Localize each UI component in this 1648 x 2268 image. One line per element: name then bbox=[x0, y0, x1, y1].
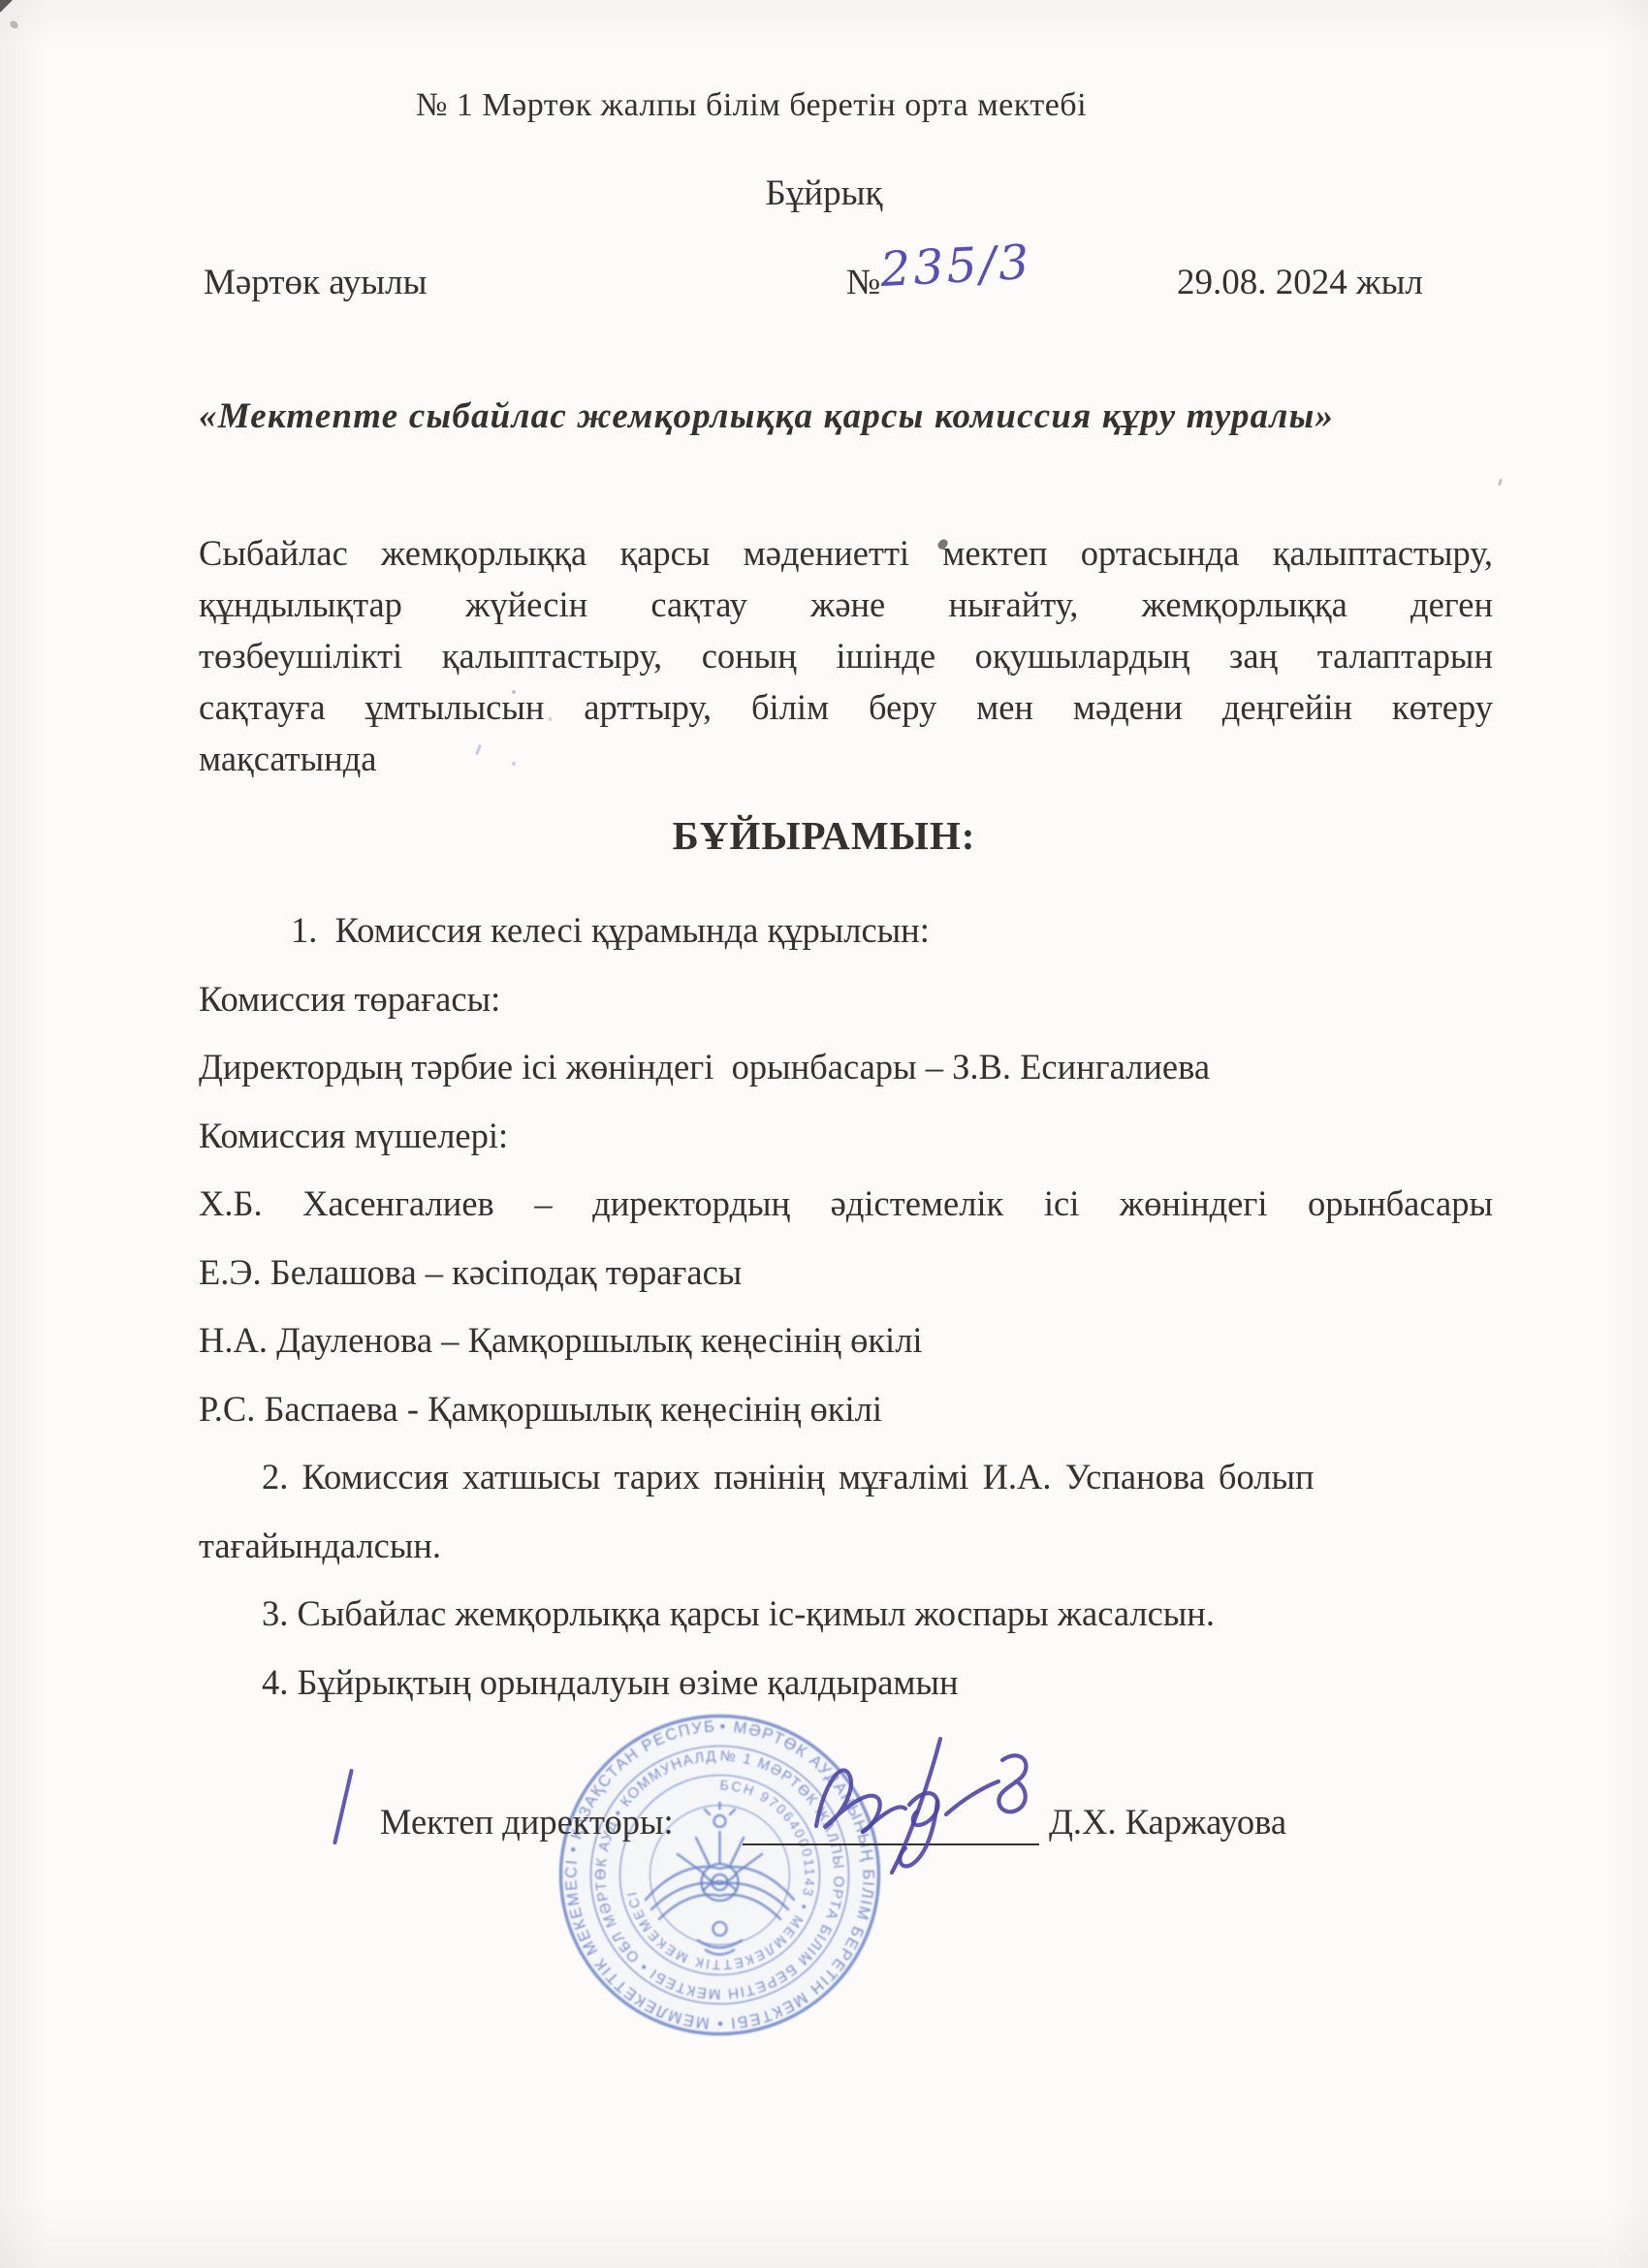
order-date: 29.08. 2024 жыл bbox=[1177, 262, 1423, 303]
commission-members-label: Комиссия мүшелері: bbox=[199, 1102, 1556, 1171]
order-item-1: 1. Комиссия келесі құрамында құрылсын: bbox=[199, 897, 1556, 965]
commission-member: Н.А. Дауленова – Қамқоршылық кеңесінің ө… bbox=[199, 1307, 1556, 1375]
order-item-2: 2. Комиссия хатшысы тарих пәнінің мұғалі… bbox=[199, 1443, 1556, 1512]
signature-scribble bbox=[793, 1731, 1045, 1886]
commission-chair-label: Комиссия төрағасы: bbox=[199, 965, 1556, 1034]
commission-member: Е.Э. Белашова – кәсіподақ төрағасы bbox=[199, 1239, 1556, 1307]
document-type: Бұйрық bbox=[0, 173, 1648, 214]
preamble-line: төзбеушілікті қалыптастыру, соның ішінде… bbox=[199, 630, 1493, 681]
order-body: 1. Комиссия келесі құрамында құрылсын: К… bbox=[199, 897, 1556, 1717]
director-name: Д.Х. Каржауова bbox=[1049, 1801, 1286, 1843]
commission-member: Х.Б. Хасенгалиев – директордың әдістемел… bbox=[199, 1170, 1493, 1239]
scan-corner-artifact bbox=[0, 0, 13, 13]
preamble-line: құндылықтар жүйесін сақтау және нығайту,… bbox=[199, 579, 1493, 630]
preamble: Сыбайлас жемқорлыққа қарсы мәдениетті ме… bbox=[199, 527, 1493, 784]
order-item-2-continued: тағайындалсын. bbox=[199, 1512, 1556, 1581]
order-heading: БҰЙЫРАМЫН: bbox=[0, 812, 1648, 859]
preamble-line: Сыбайлас жемқорлыққа қарсы мәдениетті ме… bbox=[199, 527, 1493, 579]
order-number-label: № bbox=[846, 262, 880, 303]
school-name: № 1 Мәртөк жалпы білім беретін орта мект… bbox=[0, 87, 1503, 124]
order-item-3: 3. Сыбайлас жемқорлыққа қарсы іс-қимыл ж… bbox=[199, 1580, 1556, 1649]
place-name: Мәртөк ауылы bbox=[204, 262, 427, 303]
order-number-handwritten: 235/3 bbox=[879, 235, 1033, 298]
pen-mark bbox=[333, 1769, 353, 1845]
commission-member: Р.С. Баспаева - Қамқоршылық кеңесінің өк… bbox=[199, 1375, 1556, 1444]
order-title: «Мектепте сыбайлас жемқорлыққа қарсы ком… bbox=[199, 395, 1498, 437]
ink-speck bbox=[9, 19, 19, 30]
order-item-4: 4. Бұйрықтың орындалуын өзіме қалдырамын bbox=[199, 1649, 1556, 1717]
preamble-line: сақтауға ұмтылысын арттыру, білім беру м… bbox=[199, 681, 1493, 733]
commission-chair: Директордың тәрбие ісі жөніндегі орынбас… bbox=[199, 1033, 1556, 1102]
signature-strokes bbox=[816, 1739, 1026, 1873]
ink-speck bbox=[1498, 479, 1503, 487]
preamble-line: мақсатында bbox=[199, 733, 1493, 784]
signature-label: Мектеп директоры: bbox=[380, 1801, 674, 1843]
document-page: № 1 Мәртөк жалпы білім беретін орта мект… bbox=[0, 0, 1648, 2268]
